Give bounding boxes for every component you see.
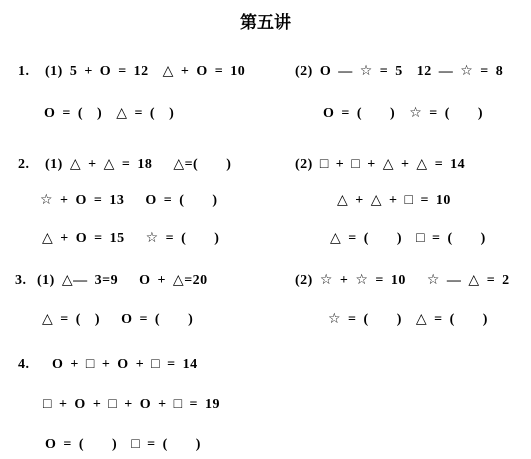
problem-1-part1-answers: O = ( ) △ = ( )	[44, 105, 174, 122]
page-title: 第五讲	[0, 8, 531, 33]
problem-3-part2-answers: ☆ = ( ) △ = ( )	[328, 311, 488, 328]
problem-4-number: 4.	[18, 356, 30, 373]
problem-3-part2-line1: (2) ☆ + ☆ = 10 ☆ — △ = 2	[295, 272, 510, 289]
problem-2-part2-answers: △ = ( ) □ = ( )	[330, 230, 486, 247]
problem-3-number: 3.	[15, 272, 27, 289]
problem-2-number: 2.	[18, 156, 30, 173]
problem-1-part2-line1: (2) O — ☆ = 5 12 — ☆ = 8	[295, 63, 503, 80]
problem-2-part2-line1: (2) □ + □ + △ + △ = 14	[295, 156, 465, 173]
problem-4-answers: O = ( ) □ = ( )	[45, 436, 201, 453]
worksheet-page: 第五讲 1. (1) 5 + O = 12 △ + O = 10 (2) O —…	[0, 0, 531, 459]
problem-3-part1-line1: (1) △— 3=9 O + △=20	[37, 272, 208, 289]
problem-1-part1-line1: (1) 5 + O = 12 △ + O = 10	[45, 63, 245, 80]
problem-2-part1-line3: △ + O = 15 ☆ = ( )	[42, 230, 219, 247]
problem-4-line1: O + □ + O + □ = 14	[52, 356, 198, 373]
problem-3-part1-answers: △ = ( ) O = ( )	[42, 311, 193, 328]
problem-4-line2: □ + O + □ + O + □ = 19	[43, 396, 220, 413]
problem-2-part2-line2: △ + △ + □ = 10	[337, 192, 451, 209]
problem-2-part1-line1: (1) △ + △ = 18 △=( )	[45, 156, 231, 173]
problem-1-number: 1.	[18, 63, 30, 80]
problem-1-part2-answers: O = ( ) ☆ = ( )	[323, 105, 483, 122]
problem-2-part1-line2: ☆ + O = 13 O = ( )	[40, 192, 218, 209]
